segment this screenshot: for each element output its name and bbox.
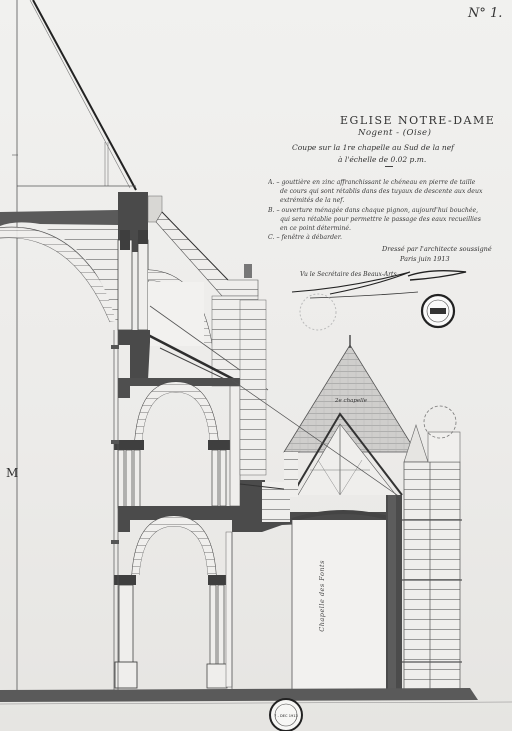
roof-annotation: 2e chapelle (335, 398, 367, 404)
legend-item-a-cont: de cours qui sont rétablis dans des tuya… (268, 187, 504, 196)
date-stamp-text: 7 - DEC 1913 (274, 714, 298, 718)
section-drawing (0, 0, 512, 731)
signature-line-1: Dressé par l'architecte soussigné (382, 245, 492, 253)
drawing-location: Nogent - (Oise) (358, 128, 431, 138)
legend-item-a: A. – gouttière en zinc affranchissant le… (268, 178, 504, 187)
drawing-title: EGLISE NOTRE-DAME (340, 114, 495, 127)
drawing-sheet: N° 1. EGLISE NOTRE-DAME Nogent - (Oise) … (0, 0, 512, 731)
drawing-scale: à l'échelle de 0.02 p.m. (338, 155, 426, 164)
legend-item-b-cont: qui sera rétablie pour permettre le pass… (268, 215, 504, 224)
legend: A. – gouttière en zinc affranchissant le… (268, 178, 504, 242)
ministry-stamp (420, 293, 456, 329)
sheet-number: N° 1. (468, 6, 502, 21)
drawing-subtitle: Coupe sur la 1re chapelle au Sud de la n… (292, 143, 454, 152)
legend-item-b-cont2: en ce point déterminé. (268, 224, 504, 233)
legend-item-b: B. – ouverture ménagée dans chaque pigno… (268, 206, 504, 215)
divider (385, 166, 393, 167)
faint-stamp-2 (420, 404, 460, 440)
date-stamp: 7 - DEC 1913 (268, 697, 304, 731)
nave-roof-line (33, 0, 136, 190)
side-mark: M (6, 466, 18, 480)
legend-item-a-cont2: extrémités de la nef. (268, 196, 504, 205)
vertical-annotation: Chapelle des Fonts (318, 560, 326, 632)
legend-item-c: C. – fenêtre à débarder. (268, 233, 504, 242)
faint-stamp (298, 292, 338, 332)
